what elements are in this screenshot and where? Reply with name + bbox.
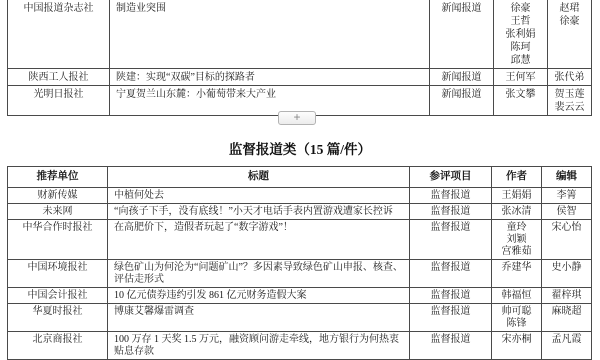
cell-editors: 贺玉莲 裴云云 — [548, 86, 592, 116]
table-row: 财新传媒 中植何处去 监督报道 王娟娟 李箐 — [8, 188, 592, 204]
table-row: 中国报道杂志社 制造业突围 新闻报道 徐豪 王哲 张利娟 陈珂 邱慧 赵珺 徐豪 — [8, 0, 592, 69]
supervision-report-table: 推荐单位 标题 参评项目 作者 编辑 财新传媒 中植何处去 监督报道 王娟娟 李… — [7, 166, 592, 360]
section-title: 监督报道类（15 篇/件） — [0, 138, 600, 158]
cell-editors: 史小静 — [542, 260, 592, 288]
cell-title: 博康艾馨爆雷调查 — [108, 304, 410, 332]
cell-editors: 宋心怡 — [542, 220, 592, 260]
table-row: 未来网 “向孩子下手，没有底线！”小天才电话手表内置游戏遭家长控诉 监督报道 张… — [8, 204, 592, 220]
table-row: 中华合作时报社 在高肥价下，造假者玩起了“数字游戏”！ 监督报道 童玲 刘颖 宫… — [8, 220, 592, 260]
cell-title: 100 万存 1 天奖 1.5 万元，融资顾问游走牵线，地方银行为何热衷贴息存款 — [108, 332, 410, 360]
cell-unit: 未来网 — [8, 204, 108, 220]
table-header-row: 推荐单位 标题 参评项目 作者 编辑 — [8, 167, 592, 188]
table-row: 陕西工人报社 陕建：实现“双碳”目标的探路者 新闻报道 王何军 张代弟 — [8, 69, 592, 86]
header-author: 作者 — [492, 167, 542, 188]
cell-category: 监督报道 — [410, 288, 492, 304]
cell-category: 监督报道 — [410, 188, 492, 204]
header-unit: 推荐单位 — [8, 167, 108, 188]
cell-category: 监督报道 — [410, 220, 492, 260]
cell-editors: 麻晓超 — [542, 304, 592, 332]
cell-category: 监督报道 — [410, 332, 492, 360]
cell-authors: 王何军 — [494, 69, 548, 86]
cell-authors: 乔建华 — [492, 260, 542, 288]
document-page: 中国报道杂志社 制造业突围 新闻报道 徐豪 王哲 张利娟 陈珂 邱慧 赵珺 徐豪… — [0, 0, 600, 360]
header-title: 标题 — [108, 167, 410, 188]
cell-authors: 宋亦桐 — [492, 332, 542, 360]
cell-authors: 张文攀 — [494, 86, 548, 116]
cell-unit: 陕西工人报社 — [8, 69, 110, 86]
news-report-table: 中国报道杂志社 制造业突围 新闻报道 徐豪 王哲 张利娟 陈珂 邱慧 赵珺 徐豪… — [7, 0, 592, 116]
header-editor: 编辑 — [542, 167, 592, 188]
cell-unit: 光明日报社 — [8, 86, 110, 116]
cell-authors: 帅可聪 陈锋 — [492, 304, 542, 332]
cell-category: 新闻报道 — [430, 0, 494, 69]
cell-editors: 孟凡霞 — [542, 332, 592, 360]
cell-title: 绿色矿山为何沦为“问题矿山”？多因素导致绿色矿山申报、核查、评估走形式 — [108, 260, 410, 288]
cell-category: 监督报道 — [410, 304, 492, 332]
cell-category: 监督报道 — [410, 204, 492, 220]
cell-unit: 财新传媒 — [8, 188, 108, 204]
cell-category: 监督报道 — [410, 260, 492, 288]
insert-row-button[interactable]: + — [278, 111, 316, 125]
cell-title: 10 亿元债券违约引发 861 亿元财务造假大案 — [108, 288, 410, 304]
cell-title: 中植何处去 — [108, 188, 410, 204]
cell-unit: 中国会计报社 — [8, 288, 108, 304]
table-row: 中国会计报社 10 亿元债券违约引发 861 亿元财务造假大案 监督报道 韩福恒… — [8, 288, 592, 304]
table-row: 北京商报社 100 万存 1 天奖 1.5 万元，融资顾问游走牵线，地方银行为何… — [8, 332, 592, 360]
cell-unit: 中华合作时报社 — [8, 220, 108, 260]
cell-authors: 张冰清 — [492, 204, 542, 220]
cell-category: 新闻报道 — [430, 86, 494, 116]
cell-editors: 张代弟 — [548, 69, 592, 86]
cell-editors: 翟梓琪 — [542, 288, 592, 304]
cell-title: 宁夏贺兰山东麓：小葡萄带来大产业 — [110, 86, 430, 116]
cell-unit: 中国报道杂志社 — [8, 0, 110, 69]
cell-unit: 华夏时报社 — [8, 304, 108, 332]
table-row: 华夏时报社 博康艾馨爆雷调查 监督报道 帅可聪 陈锋 麻晓超 — [8, 304, 592, 332]
cell-title: 制造业突围 — [110, 0, 430, 69]
cell-title: 在高肥价下，造假者玩起了“数字游戏”！ — [108, 220, 410, 260]
cell-title: “向孩子下手，没有底线！”小天才电话手表内置游戏遭家长控诉 — [108, 204, 410, 220]
cell-editors: 赵珺 徐豪 — [548, 0, 592, 69]
cell-unit: 北京商报社 — [8, 332, 108, 360]
cell-category: 新闻报道 — [430, 69, 494, 86]
cell-authors: 韩福恒 — [492, 288, 542, 304]
cell-title: 陕建：实现“双碳”目标的探路者 — [110, 69, 430, 86]
cell-editors: 李箐 — [542, 188, 592, 204]
cell-authors: 童玲 刘颖 宫雅茹 — [492, 220, 542, 260]
cell-editors: 侯智 — [542, 204, 592, 220]
header-category: 参评项目 — [410, 167, 492, 188]
table-row: 中国环境报社 绿色矿山为何沦为“问题矿山”？多因素导致绿色矿山申报、核查、评估走… — [8, 260, 592, 288]
cell-unit: 中国环境报社 — [8, 260, 108, 288]
cell-authors: 王娟娟 — [492, 188, 542, 204]
cell-authors: 徐豪 王哲 张利娟 陈珂 邱慧 — [494, 0, 548, 69]
